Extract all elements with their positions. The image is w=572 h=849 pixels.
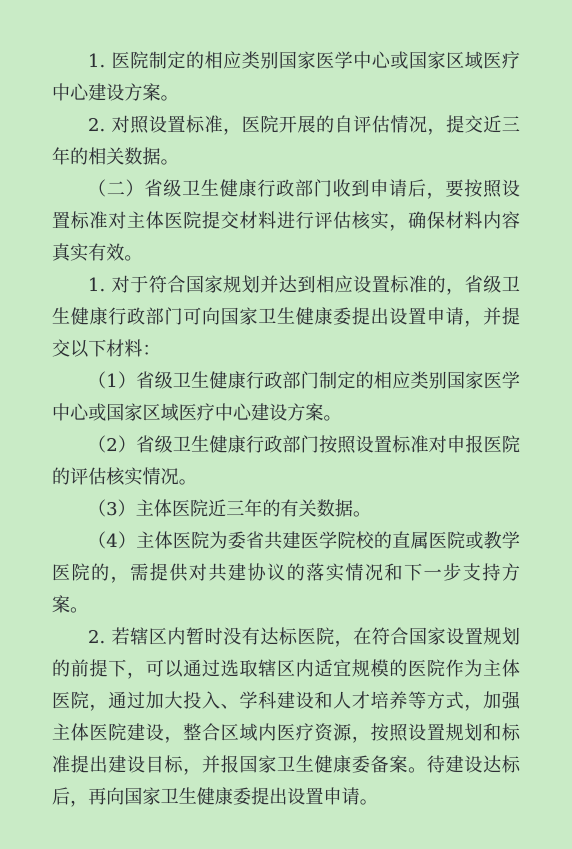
paragraph: 2. 若辖区内暂时没有达标医院，在符合国家设置规划的前提下，可以通过选取辖区内适…: [52, 622, 520, 814]
paragraph: （4）主体医院为委省共建医学院校的直属医院或教学医院的，需提供对共建协议的落实情…: [52, 526, 520, 622]
paragraph: （2）省级卫生健康行政部门按照设置标准对申报医院的评估核实情况。: [52, 430, 520, 494]
paragraph: （二）省级卫生健康行政部门收到申请后，要按照设置标准对主体医院提交材料进行评估核…: [52, 174, 520, 270]
paragraph: （3）主体医院近三年的有关数据。: [52, 494, 520, 526]
document-page: 1. 医院制定的相应类别国家医学中心或国家区域医疗中心建设方案。 2. 对照设置…: [0, 0, 572, 849]
document-body: 1. 医院制定的相应类别国家医学中心或国家区域医疗中心建设方案。 2. 对照设置…: [52, 46, 520, 814]
paragraph: 1. 医院制定的相应类别国家医学中心或国家区域医疗中心建设方案。: [52, 46, 520, 110]
paragraph: （1）省级卫生健康行政部门制定的相应类别国家医学中心或国家区域医疗中心建设方案。: [52, 366, 520, 430]
paragraph: 1. 对于符合国家规划并达到相应设置标准的，省级卫生健康行政部门可向国家卫生健康…: [52, 270, 520, 366]
paragraph: 2. 对照设置标准，医院开展的自评估情况，提交近三年的相关数据。: [52, 110, 520, 174]
